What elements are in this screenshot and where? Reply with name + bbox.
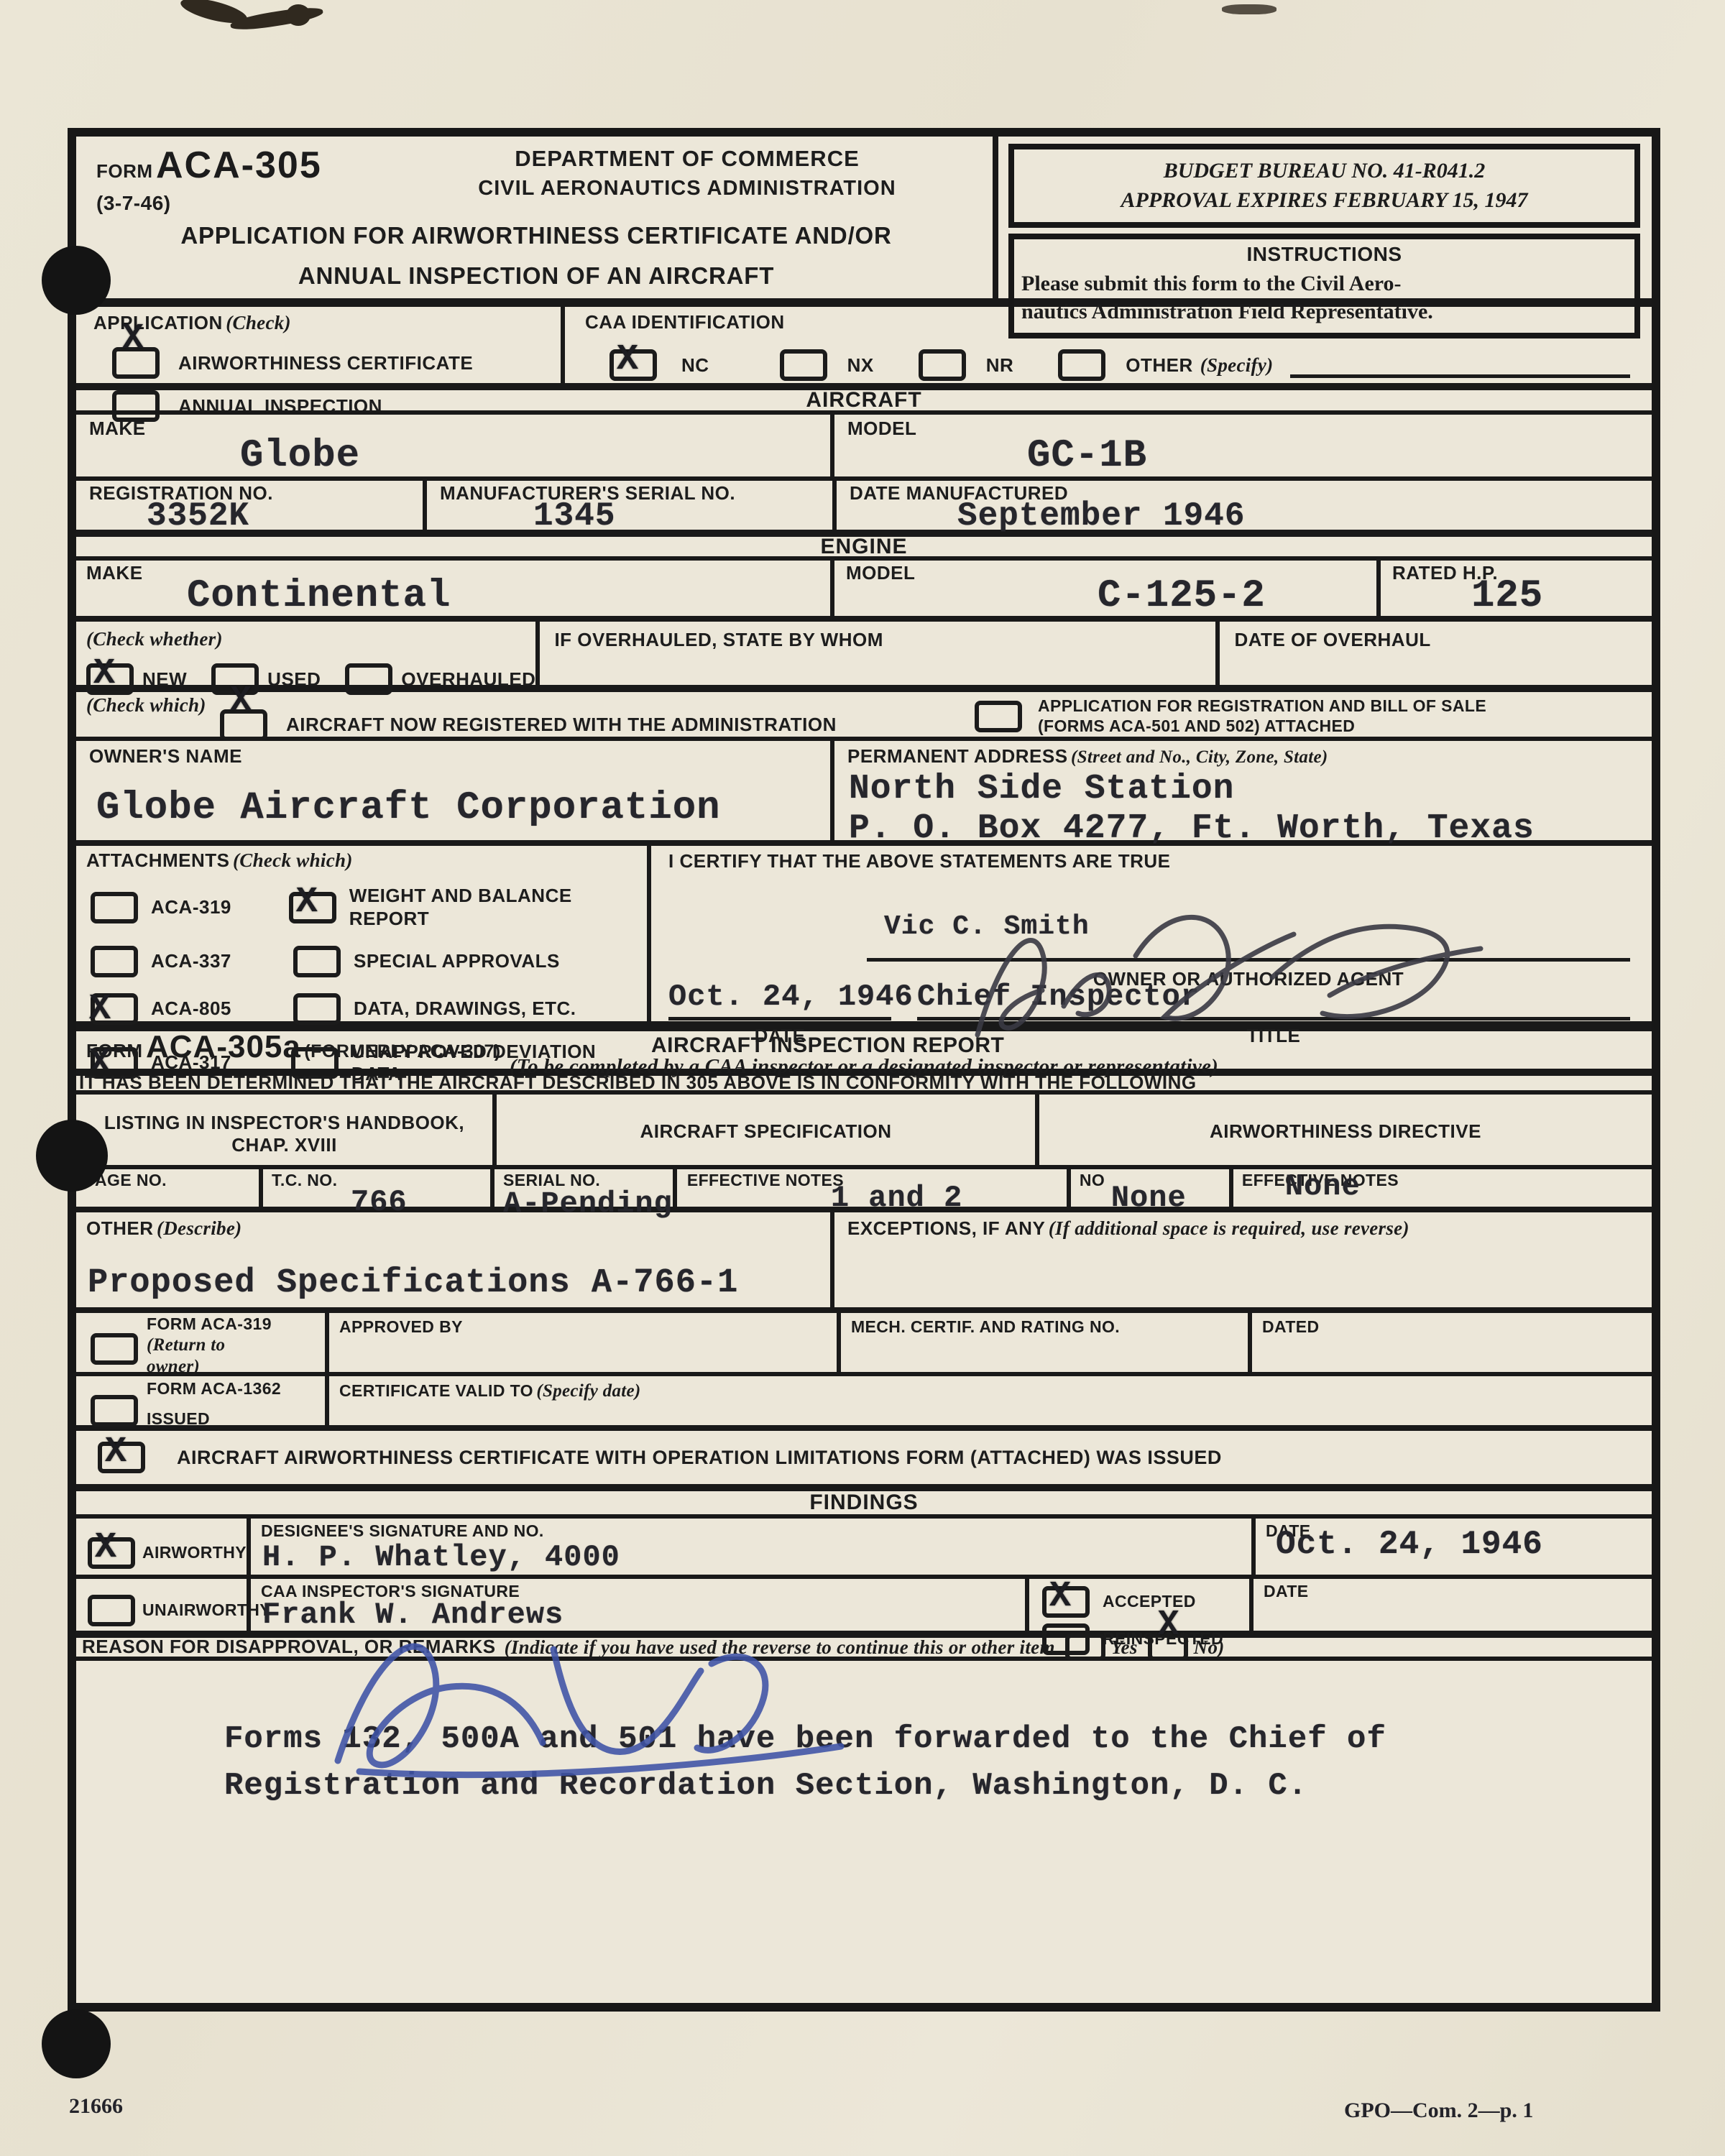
directive-notes-cell: EFFECTIVE NOTES None	[1233, 1169, 1652, 1207]
application-cell: APPLICATION (Check) X AIRWORTHINESS CERT…	[76, 307, 565, 383]
dated-label: DATED	[1262, 1317, 1652, 1337]
mech-certif-cell: MECH. CERTIF. AND RATING NO.	[841, 1313, 1252, 1372]
dept-line-2: CIVIL AERONAUTICS ADMINISTRATION	[385, 176, 989, 201]
form-aca-319-checkbox: X	[91, 1333, 138, 1365]
footer-serial: 21666	[69, 2096, 123, 2117]
check-whether-hint: (Check whether)	[86, 627, 535, 650]
form-aca-319-hint-1: (Return to	[147, 1335, 272, 1356]
other-specify-hint: (Specify)	[1200, 354, 1274, 377]
airworthy-label: AIRWORTHY	[142, 1543, 247, 1563]
other-describe-value: Proposed Specifications A-766-1	[88, 1264, 830, 1303]
date-manufactured-value: September 1946	[957, 497, 1652, 535]
overhauled-by-cell: IF OVERHAULED, STATE BY WHOM	[540, 622, 1220, 685]
caa-identification-cell: CAA IDENTIFICATION X NC X NX X NR OTHER …	[565, 307, 1652, 383]
remarks-line-2: Registration and Recordation Section, Wa…	[224, 1768, 1652, 1805]
accepted-reinspected-cell: X ACCEPTED X REINSPECTED	[1029, 1579, 1253, 1631]
spec-serial-cell: SERIAL NO. A-Pending	[494, 1169, 677, 1207]
remarks-line-1: Forms 132, 500A and 501 have been forwar…	[224, 1721, 1652, 1758]
form-label: FORM	[96, 160, 153, 182]
inspection-columns-row: LISTING IN INSPECTOR'S HANDBOOK, CHAP. X…	[76, 1095, 1652, 1169]
aca-805-label: ACA-805	[151, 998, 280, 1020]
aircraft-make-value: Globe	[240, 434, 830, 479]
engine-condition-row: (Check whether) X NEW X USED X OVERHAULE…	[76, 622, 1652, 692]
address-line-1: North Side Station	[849, 770, 1652, 809]
designee-signature-cell: DESIGNEE'S SIGNATURE AND NO. H. P. Whatl…	[251, 1519, 1256, 1575]
tc-no-cell: T.C. NO. 766	[263, 1169, 494, 1207]
accepted-checkbox: X	[1042, 1586, 1090, 1618]
registered-checkbox: X	[220, 709, 267, 741]
inspection-values-row: PAGE NO. T.C. NO. 766 SERIAL NO. A-Pendi…	[76, 1169, 1652, 1212]
aca-337-label: ACA-337	[151, 950, 280, 972]
address-label: PERMANENT ADDRESS	[847, 745, 1068, 767]
owner-row: OWNER'S NAME Globe Aircraft Corporation …	[76, 741, 1652, 846]
aw-certificate-issued-row: X AIRCRAFT AIRWORTHINESS CERTIFICATE WIT…	[76, 1431, 1652, 1491]
date-overhaul-cell: DATE OF OVERHAUL	[1220, 622, 1652, 685]
aca-319-checkbox: X	[91, 892, 138, 923]
new-checkbox: X	[86, 663, 134, 695]
owner-name-value: Globe Aircraft Corporation	[96, 786, 830, 831]
special-approvals-checkbox: X	[293, 946, 341, 977]
conformity-statement: IT HAS BEEN DETERMINED THAT THE AIRCRAFT…	[76, 1072, 1197, 1094]
rated-hp-cell: RATED H.P. 125	[1381, 561, 1652, 616]
approved-by-label: APPROVED BY	[339, 1317, 837, 1337]
findings-section-label: FINDINGS	[76, 1492, 1652, 1514]
application-caa-row: APPLICATION (Check) X AIRWORTHINESS CERT…	[76, 307, 1652, 390]
scanned-page: FORM ACA-305 (3-7-46) DEPARTMENT OF COMM…	[0, 0, 1725, 2156]
weight-balance-label: WEIGHT AND BALANCE REPORT	[349, 885, 647, 929]
serial-cell: MANUFACTURER'S SERIAL NO. 1345	[427, 481, 837, 530]
aca-1362-row: X FORM ACA-1362 ISSUED CERTIFICATE VALID…	[76, 1376, 1652, 1431]
aircraft-model-value: GC-1B	[1027, 434, 1652, 479]
effective-notes-cell: EFFECTIVE NOTES 1 and 2	[677, 1169, 1071, 1207]
footer-gpo: GPO—Com. 2—p. 1	[1344, 2100, 1533, 2122]
overhauled-by-label: IF OVERHAULED, STATE BY WHOM	[554, 629, 1215, 651]
aircraft-make-model-row: MAKE Globe MODEL GC-1B	[76, 415, 1652, 481]
owner-name-cell: OWNER'S NAME Globe Aircraft Corporation	[76, 741, 834, 840]
dated-cell: DATED	[1252, 1313, 1652, 1372]
findings-date-value: Oct. 24, 1946	[1276, 1526, 1652, 1564]
nc-checkbox: X	[609, 349, 657, 381]
form-number: ACA-305	[156, 144, 322, 186]
aca-319-return-row: X FORM ACA-319 (Return to owner) APPROVE…	[76, 1313, 1652, 1376]
engine-model-value: C-125-2	[1098, 574, 1376, 619]
application-attached-checkbox: X	[975, 701, 1022, 732]
registration-cell: REGISTRATION NO. 3352K	[76, 481, 427, 530]
registered-label: AIRCRAFT NOW REGISTERED WITH THE ADMINIS…	[286, 714, 837, 736]
accepted-label: ACCEPTED	[1103, 1592, 1196, 1612]
nr-label: NR	[986, 354, 1014, 377]
certificate-valid-cell: CERTIFICATE VALID TO (Specify date)	[329, 1376, 1652, 1425]
new-label: NEW	[142, 668, 187, 691]
unairworthy-cell: X UNAIRWORTHY	[76, 1579, 251, 1631]
attachments-hint: (Check which)	[233, 849, 353, 871]
designee-signature-label: DESIGNEE'S SIGNATURE AND NO.	[261, 1521, 1251, 1542]
page-no-label: PAGE NO.	[85, 1171, 259, 1191]
reverse-yes-checkbox: X	[1065, 1634, 1105, 1661]
exceptions-label: EXCEPTIONS, IF ANY	[847, 1217, 1045, 1239]
findings-date-2-cell: DATE	[1253, 1579, 1652, 1631]
application-label: APPLICATION	[93, 312, 223, 333]
aircraft-make-cell: MAKE Globe	[76, 415, 834, 476]
budget-line-1: BUDGET BUREAU NO. 41-R041.2	[1020, 157, 1629, 186]
findings-date-cell: DATE Oct. 24, 1946	[1256, 1519, 1652, 1575]
attachments-cell: ATTACHMENTS (Check which) X ACA-319 X WE…	[76, 846, 651, 1021]
conformity-statement-row: IT HAS BEEN DETERMINED THAT THE AIRCRAFT…	[76, 1076, 1652, 1095]
form-title-line-2: ANNUAL INSPECTION OF AN AIRCRAFT	[119, 262, 953, 290]
scan-smudge	[286, 4, 310, 26]
header-row: FORM ACA-305 (3-7-46) DEPARTMENT OF COMM…	[76, 137, 1652, 307]
effective-notes-value: 1 and 2	[831, 1181, 1067, 1215]
other-label: OTHER	[1126, 354, 1193, 377]
header-left-cell: FORM ACA-305 (3-7-46) DEPARTMENT OF COMM…	[76, 137, 998, 298]
reverse-no-checkbox: X	[1148, 1634, 1188, 1661]
dept-line-1: DEPARTMENT OF COMMERCE	[385, 145, 989, 172]
airworthy-cell: X AIRWORTHY	[76, 1519, 251, 1575]
reverse-yes-label: Yes	[1111, 1636, 1138, 1659]
aca-319-label: ACA-319	[151, 896, 276, 918]
nr-checkbox: X	[919, 349, 966, 381]
budget-bureau-box: BUDGET BUREAU NO. 41-R041.2 APPROVAL EXP…	[1008, 144, 1640, 228]
rated-hp-value: 125	[1471, 574, 1652, 619]
airworthiness-directive-label: AIRWORTHINESS DIRECTIVE	[1039, 1120, 1652, 1143]
aircraft-model-cell: MODEL GC-1B	[834, 415, 1652, 476]
handbook-label-line-1: LISTING IN INSPECTOR'S HANDBOOK,	[76, 1112, 492, 1134]
findings-row-2: X UNAIRWORTHY CAA INSPECTOR'S SIGNATURE …	[76, 1579, 1652, 1638]
owner-signature-name: Vic C. Smith	[884, 911, 1634, 943]
application-label-hint: (Check)	[226, 312, 291, 333]
engine-section-label: ENGINE	[76, 536, 1652, 558]
hole-punch	[36, 1120, 108, 1192]
attachments-certification-row: ATTACHMENTS (Check which) X ACA-319 X WE…	[76, 846, 1652, 1031]
airworthiness-directive-column-header: AIRWORTHINESS DIRECTIVE	[1039, 1095, 1652, 1165]
aca-337-checkbox: X	[91, 946, 138, 977]
form-aca-1362-checkbox: X	[91, 1395, 138, 1427]
caa-identification-label: CAA IDENTIFICATION	[585, 311, 1630, 333]
other-describe-cell: OTHER (Describe) Proposed Specifications…	[76, 1212, 834, 1307]
form-number-block: FORM ACA-305	[96, 147, 322, 184]
attachments-label: ATTACHMENTS	[86, 849, 230, 871]
airworthy-checkbox: X	[88, 1537, 135, 1569]
designee-signature-value: H. P. Whatley, 4000	[262, 1540, 1251, 1575]
address-hint: (Street and No., City, Zone, State)	[1071, 747, 1328, 767]
directive-no-value: None	[1111, 1181, 1229, 1215]
form-aca-1362-label: FORM ACA-1362	[147, 1379, 281, 1399]
disapproval-hint: (Indicate if you have used the reverse t…	[505, 1636, 1055, 1659]
form-aca-319-hint-2: owner)	[147, 1356, 272, 1378]
other-exceptions-row: OTHER (Describe) Proposed Specifications…	[76, 1212, 1652, 1313]
form-title-line-1: APPLICATION FOR AIRWORTHINESS CERTIFICAT…	[119, 221, 953, 250]
approved-by-cell: APPROVED BY	[329, 1313, 841, 1372]
caa-inspector-value: Frank W. Andrews	[262, 1598, 1025, 1632]
airworthiness-certificate-label: AIRWORTHINESS CERTIFICATE	[178, 352, 473, 374]
instructions-title: INSTRUCTIONS	[1021, 242, 1627, 267]
used-label: USED	[267, 668, 321, 691]
directive-notes-value: None	[1285, 1169, 1652, 1204]
aca-1362-cell: X FORM ACA-1362 ISSUED	[76, 1376, 329, 1425]
certification-date-line	[668, 1017, 891, 1021]
aca-305-form: FORM ACA-305 (3-7-46) DEPARTMENT OF COMM…	[68, 128, 1660, 2012]
form-aca-1362-sub: ISSUED	[147, 1409, 281, 1429]
remarks-area: Forms 132, 500A and 501 have been forwar…	[76, 1721, 1652, 2003]
directive-no-label: NO	[1080, 1171, 1105, 1189]
data-drawings-checkbox: X	[293, 993, 341, 1025]
instructions-line-1: Please submit this form to the Civil Aer…	[1021, 269, 1627, 298]
date-overhaul-label: DATE OF OVERHAUL	[1234, 629, 1652, 651]
budget-line-2: APPROVAL EXPIRES FEBRUARY 15, 1947	[1020, 186, 1629, 216]
owner-signature-line	[867, 958, 1630, 962]
header-right-cell: BUDGET BUREAU NO. 41-R041.2 APPROVAL EXP…	[998, 137, 1652, 298]
certification-title-value: Chief Inspector	[917, 980, 1630, 1014]
aircraft-registration-row: REGISTRATION NO. 3352K MANUFACTURER'S SE…	[76, 481, 1652, 537]
aircraft-section-label: AIRCRAFT	[76, 390, 1652, 411]
owner-address-cell: PERMANENT ADDRESS (Street and No., City,…	[834, 741, 1652, 840]
weight-balance-checkbox: X	[289, 892, 336, 923]
aircraft-spec-column-header: AIRCRAFT SPECIFICATION	[497, 1095, 1039, 1165]
engine-section-bar: ENGINE	[76, 537, 1652, 561]
page-no-cell: PAGE NO.	[76, 1169, 263, 1207]
nx-checkbox: X	[780, 349, 827, 381]
mech-certif-label: MECH. CERTIF. AND RATING NO.	[851, 1317, 1248, 1337]
handbook-label-line-2: CHAP. XVIII	[76, 1134, 492, 1156]
exceptions-cell: EXCEPTIONS, IF ANY (If additional space …	[834, 1212, 1652, 1307]
tc-no-label: T.C. NO.	[272, 1171, 337, 1189]
reverse-no-label: No)	[1194, 1636, 1225, 1659]
other-describe-label: OTHER	[86, 1217, 154, 1239]
certificate-valid-label: CERTIFICATE VALID TO	[339, 1381, 533, 1400]
unairworthy-checkbox: X	[88, 1595, 135, 1626]
findings-date-2-label: DATE	[1264, 1582, 1652, 1602]
aircraft-section-bar: AIRCRAFT	[76, 390, 1652, 415]
handbook-column-header: LISTING IN INSPECTOR'S HANDBOOK, CHAP. X…	[76, 1095, 497, 1165]
form-aca-319-label: FORM ACA-319	[147, 1314, 272, 1335]
aw-certificate-issued-checkbox: X	[98, 1442, 145, 1473]
exceptions-hint: (If additional space is required, use re…	[1049, 1217, 1409, 1239]
engine-make-cell: MAKE Continental	[76, 561, 834, 616]
directive-no-cell: NO None	[1071, 1169, 1233, 1207]
hole-punch	[42, 2009, 111, 2078]
certification-cell: I CERTIFY THAT THE ABOVE STATEMENTS ARE …	[651, 846, 1652, 1021]
date-manufactured-cell: DATE MANUFACTURED September 1946	[837, 481, 1652, 530]
owner-name-label: OWNER'S NAME	[89, 745, 830, 768]
certification-date-value: Oct. 24, 1946	[668, 980, 891, 1014]
aw-certificate-issued-label: AIRCRAFT AIRWORTHINESS CERTIFICATE WITH …	[177, 1446, 1222, 1469]
airworthiness-certificate-checkbox: X	[112, 347, 160, 379]
scan-smudge	[1222, 4, 1276, 14]
findings-bar: FINDINGS	[76, 1491, 1652, 1519]
application-attached-line-1: APPLICATION FOR REGISTRATION AND BILL OF…	[1038, 696, 1486, 717]
other-specify-blank	[1290, 353, 1630, 378]
address-line-2: P. O. Box 4277, Ft. Worth, Texas	[849, 809, 1652, 849]
engine-model-cell: MODEL C-125-2	[834, 561, 1381, 616]
certify-statement: I CERTIFY THAT THE ABOVE STATEMENTS ARE …	[668, 850, 1634, 872]
other-checkbox	[1058, 349, 1105, 381]
registration-value: 3352K	[147, 497, 423, 535]
registration-status-row: (Check which) X AIRCRAFT NOW REGISTERED …	[76, 692, 1652, 741]
aca-319-return-cell: X FORM ACA-319 (Return to owner)	[76, 1313, 329, 1372]
nc-label: NC	[681, 354, 709, 377]
disapproval-label: REASON FOR DISAPPROVAL, OR REMARKS	[82, 1636, 496, 1658]
aca-305a-header-row: FORM ACA-305a (FORMERLY ACA-307) AIRCRAF…	[76, 1031, 1652, 1076]
nx-label: NX	[847, 354, 874, 377]
special-approvals-label: SPECIAL APPROVALS	[354, 950, 560, 972]
data-drawings-label: DATA, DRAWINGS, ETC.	[354, 998, 576, 1020]
certificate-valid-hint: (Specify date)	[536, 1381, 640, 1401]
hole-punch	[42, 246, 111, 315]
engine-make-value: Continental	[187, 574, 830, 619]
check-whether-cell: (Check whether) X NEW X USED X OVERHAULE…	[76, 622, 540, 685]
aca-805-checkbox: X	[91, 993, 138, 1025]
certification-title-line	[917, 1017, 1630, 1021]
disapproval-row: REASON FOR DISAPPROVAL, OR REMARKS (Indi…	[76, 1638, 1652, 1661]
engine-make-model-row: MAKE Continental MODEL C-125-2 RATED H.P…	[76, 561, 1652, 622]
application-attached-line-2: (FORMS ACA-501 AND 502) ATTACHED	[1038, 717, 1486, 737]
overhauled-checkbox: X	[345, 663, 392, 695]
overhauled-label: OVERHAULED	[401, 668, 535, 691]
findings-row-1: X AIRWORTHY DESIGNEE'S SIGNATURE AND NO.…	[76, 1519, 1652, 1579]
form-revision-date: (3-7-46)	[96, 191, 322, 216]
other-describe-hint: (Describe)	[157, 1217, 241, 1239]
caa-inspector-cell: CAA INSPECTOR'S SIGNATURE Frank W. Andre…	[251, 1579, 1029, 1631]
scan-smudge	[229, 4, 324, 33]
aircraft-spec-label: AIRCRAFT SPECIFICATION	[497, 1120, 1035, 1143]
